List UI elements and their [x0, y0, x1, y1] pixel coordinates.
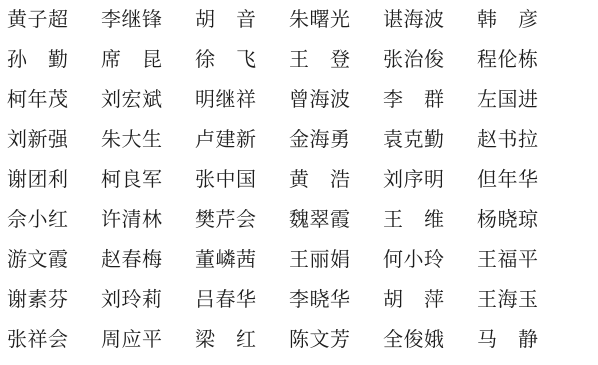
name-list: 黄子超 李继锋 胡 音 朱曙光 谌海波 韩 彦 孙 勤 席 昆 徐 飞 王 登 … [0, 0, 598, 360]
name-item: 吕春华 [195, 290, 289, 310]
name-item: 全俊娥 [383, 330, 477, 350]
name-item: 杨晓琼 [477, 210, 571, 230]
name-item: 刘宏斌 [101, 90, 195, 110]
name-row: 佘小红 许清林 樊芹会 魏翠霞 王 维 杨晓琼 [7, 200, 598, 240]
name-item: 黄 浩 [289, 170, 383, 190]
name-item: 柯良军 [101, 170, 195, 190]
name-item: 马 静 [477, 330, 571, 350]
name-item: 李 群 [383, 90, 477, 110]
name-item: 李继锋 [101, 10, 195, 30]
name-item: 卢建新 [195, 130, 289, 150]
name-item: 韩 彦 [477, 10, 571, 30]
name-item: 梁 红 [195, 330, 289, 350]
name-row: 刘新强 朱大生 卢建新 金海勇 袁克勤 赵书拉 [7, 120, 598, 160]
name-item: 王海玉 [477, 290, 571, 310]
name-item: 王 登 [289, 50, 383, 70]
name-item: 席 昆 [101, 50, 195, 70]
name-row: 黄子超 李继锋 胡 音 朱曙光 谌海波 韩 彦 [7, 0, 598, 40]
name-item: 赵春梅 [101, 250, 195, 270]
name-item: 刘序明 [383, 170, 477, 190]
name-item: 刘新强 [7, 130, 101, 150]
name-item: 佘小红 [7, 210, 101, 230]
name-item: 徐 飞 [195, 50, 289, 70]
name-row: 柯年茂 刘宏斌 明继祥 曾海波 李 群 左国进 [7, 80, 598, 120]
name-item: 袁克勤 [383, 130, 477, 150]
name-row: 张祥会 周应平 梁 红 陈文芳 全俊娥 马 静 [7, 320, 598, 360]
name-item: 樊芹会 [195, 210, 289, 230]
name-item: 谢团利 [7, 170, 101, 190]
name-item: 明继祥 [195, 90, 289, 110]
name-item: 胡 萍 [383, 290, 477, 310]
name-item: 赵书拉 [477, 130, 571, 150]
name-item: 周应平 [101, 330, 195, 350]
name-item: 王福平 [477, 250, 571, 270]
name-item: 左国进 [477, 90, 571, 110]
name-item: 谌海波 [383, 10, 477, 30]
name-item: 游文霞 [7, 250, 101, 270]
name-item: 刘玲莉 [101, 290, 195, 310]
name-item: 朱曙光 [289, 10, 383, 30]
name-item: 黄子超 [7, 10, 101, 30]
name-row: 游文霞 赵春梅 董嶙茜 王丽娟 何小玲 王福平 [7, 240, 598, 280]
name-item: 何小玲 [383, 250, 477, 270]
name-item: 魏翠霞 [289, 210, 383, 230]
name-item: 孙 勤 [7, 50, 101, 70]
name-item: 董嶙茜 [195, 250, 289, 270]
name-row: 谢团利 柯良军 张中国 黄 浩 刘序明 但年华 [7, 160, 598, 200]
name-item: 胡 音 [195, 10, 289, 30]
name-item: 王丽娟 [289, 250, 383, 270]
name-item: 程伦栋 [477, 50, 571, 70]
name-item: 曾海波 [289, 90, 383, 110]
name-item: 王 维 [383, 210, 477, 230]
name-item: 张治俊 [383, 50, 477, 70]
name-item: 陈文芳 [289, 330, 383, 350]
name-item: 柯年茂 [7, 90, 101, 110]
name-item: 许清林 [101, 210, 195, 230]
name-row: 谢素芬 刘玲莉 吕春华 李晓华 胡 萍 王海玉 [7, 280, 598, 320]
name-item: 朱大生 [101, 130, 195, 150]
name-item: 张中国 [195, 170, 289, 190]
name-item: 金海勇 [289, 130, 383, 150]
name-item: 谢素芬 [7, 290, 101, 310]
name-item: 但年华 [477, 170, 571, 190]
name-item: 李晓华 [289, 290, 383, 310]
name-row: 孙 勤 席 昆 徐 飞 王 登 张治俊 程伦栋 [7, 40, 598, 80]
name-item: 张祥会 [7, 330, 101, 350]
